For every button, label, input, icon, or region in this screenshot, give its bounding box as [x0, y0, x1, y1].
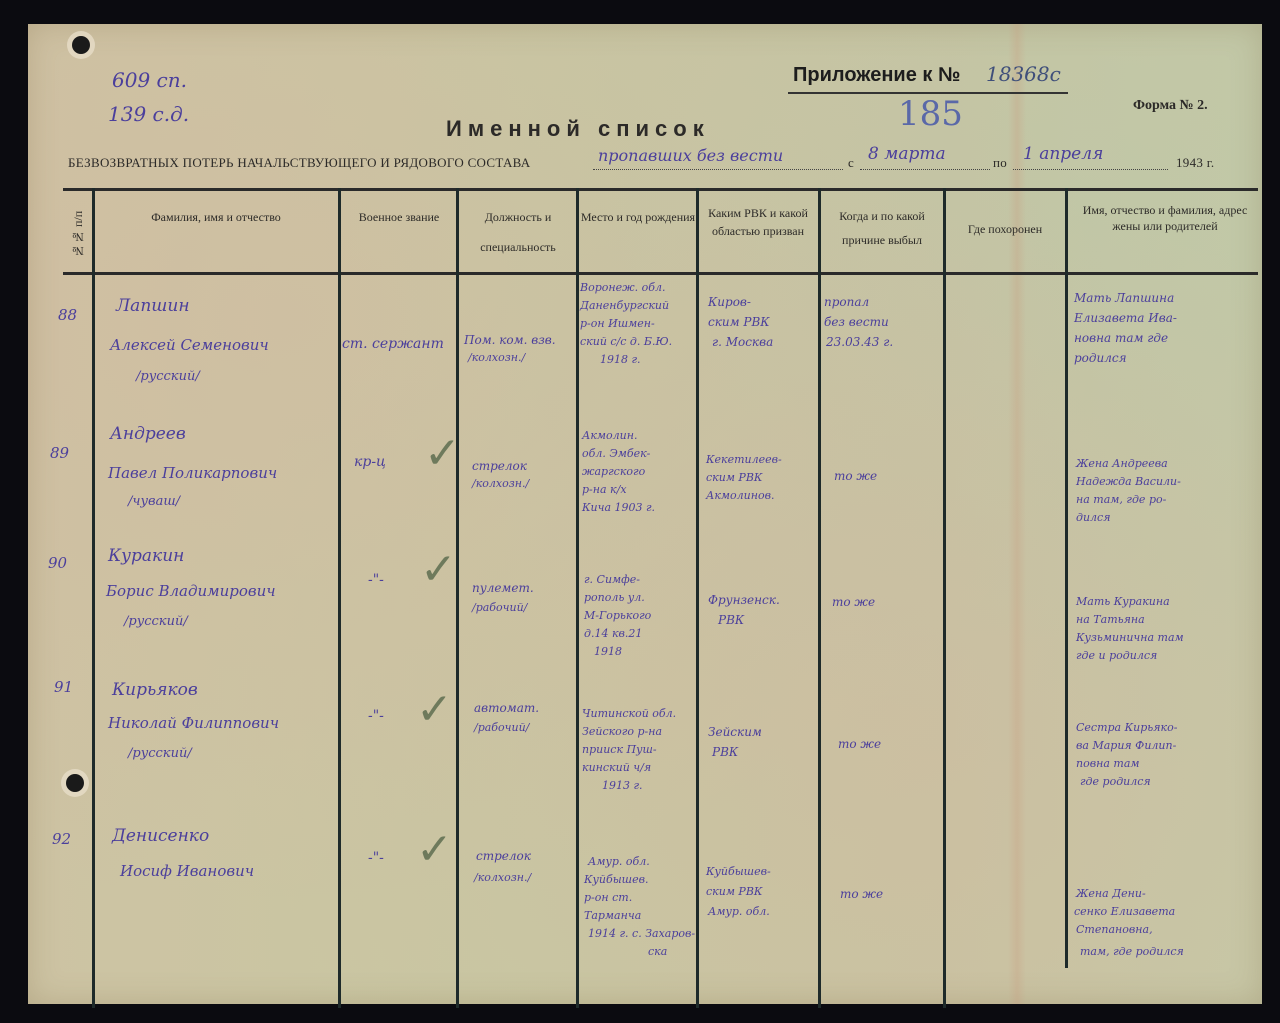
relative-line: Кузьминична там — [1076, 630, 1184, 646]
position: автомат. — [474, 700, 539, 716]
reason-line: то же — [840, 886, 883, 902]
reason-line: пропал — [824, 294, 869, 310]
birthplace-line: р-он ст. — [584, 890, 632, 906]
birthplace-line: р-на к/х — [582, 482, 627, 498]
rvk-line: РВК — [718, 612, 744, 628]
birthplace-line: 1914 г. с. Захаров- — [588, 926, 695, 942]
punch-hole — [72, 36, 90, 54]
check-mark-icon: ✓ — [424, 428, 461, 479]
row-number: 88 — [58, 306, 77, 324]
attachment-number: 18368с — [986, 62, 1061, 86]
social-status: /рабочий/ — [474, 720, 529, 736]
reason-line: 23.03.43 г. — [826, 334, 893, 350]
relative-line: где родился — [1080, 774, 1151, 790]
surname: Кирьяков — [112, 680, 198, 700]
relative-line: Жена Андреева — [1076, 456, 1168, 472]
rvk-line: ским РВК — [708, 314, 770, 330]
social-status: /колхозн./ — [468, 350, 525, 366]
birthplace-line: М-Горького — [584, 608, 651, 624]
check-mark-icon: ✓ — [416, 684, 453, 735]
header-loss-reason: Когда и по какой причине выбыл — [822, 204, 942, 252]
birthplace-line: Тарманча — [584, 908, 641, 924]
header-number: №№ п/п — [64, 199, 92, 269]
row-number: 89 — [50, 444, 69, 462]
relative-line: там, где родился — [1080, 944, 1184, 960]
position: стрелок — [476, 848, 531, 864]
position: Пом. ком. взв. — [464, 332, 556, 348]
relative-line: Мать Лапшина — [1074, 290, 1174, 306]
form-label: Форма № 2. — [1133, 98, 1208, 114]
rvk-line: ским РВК — [706, 884, 762, 900]
header-position: Должность и специальность — [460, 202, 576, 262]
attachment-stamp: Приложение к № — [793, 64, 960, 87]
rvk-line: Кекетилеев- — [706, 452, 782, 468]
birthplace-line: кинский ч/я — [582, 760, 651, 776]
rvk-line: Амур. обл. — [708, 904, 770, 920]
from-date: 8 марта — [868, 144, 946, 164]
relative-line: ва Мария Филип- — [1076, 738, 1176, 754]
nationality: /чуваш/ — [128, 494, 180, 509]
reason-line: то же — [832, 594, 875, 610]
surname: Куракин — [108, 546, 184, 566]
birthplace-line: прииск Пуш- — [582, 742, 657, 758]
rank: кр-ц — [354, 454, 386, 470]
position: стрелок — [472, 458, 527, 474]
given-name: Павел Поликарпович — [108, 464, 277, 482]
birthplace-line: р-он Ишмен- — [580, 316, 655, 332]
header-relatives: Имя, отчество и фамилия, адрес жены или … — [1070, 202, 1260, 234]
document-sheet: 609 сп. 139 с.д. Приложение к № 18368с 1… — [28, 24, 1262, 1004]
birthplace-line: Зейского р-на — [582, 724, 662, 740]
rvk-line: РВК — [712, 744, 738, 760]
document-title: Именной список — [446, 116, 710, 142]
given-name: Борис Владимирович — [106, 582, 276, 600]
relative-line: где и родился — [1076, 648, 1157, 664]
paper-fold — [1008, 24, 1026, 1004]
rvk-line: Фрунзенск. — [708, 592, 780, 608]
birthplace-line: Воронеж. обл. — [580, 280, 665, 296]
surname: Лапшин — [116, 296, 190, 316]
row-number: 92 — [52, 830, 71, 848]
nationality: /русский/ — [124, 614, 188, 629]
birthplace-line: рополь ул. — [584, 590, 645, 606]
rvk-line: Зейским — [708, 724, 762, 740]
social-status: /колхозн./ — [474, 870, 531, 886]
surname: Андреев — [110, 424, 186, 444]
margin-note-division: 139 с.д. — [108, 102, 189, 126]
given-name: Иосиф Иванович — [120, 862, 254, 880]
to-label: по — [993, 155, 1007, 171]
birthplace-line: Кича 1903 г. — [582, 500, 655, 516]
relative-line: Сестра Кирьяко- — [1076, 720, 1177, 736]
rank: -"- — [368, 708, 384, 724]
row-number: 91 — [54, 678, 73, 696]
check-mark-icon: ✓ — [416, 824, 453, 875]
rvk-line: Куйбышев- — [706, 864, 771, 880]
birthplace-line: г. Симфе- — [584, 572, 640, 588]
rank: -"- — [368, 572, 384, 588]
birthplace-line: Куйбышев. — [584, 872, 648, 888]
given-name: Алексей Семенович — [110, 336, 269, 354]
margin-note-regiment: 609 сп. — [112, 68, 187, 92]
birthplace-line: Читинской обл. — [582, 706, 676, 722]
rvk-line: ским РВК — [706, 470, 762, 486]
rvk-line: г. Москва — [712, 334, 773, 350]
from-label: с — [848, 155, 854, 171]
rank: ст. сержант — [342, 336, 444, 352]
relative-line: Надежда Васили- — [1076, 474, 1181, 490]
birthplace-line: ска — [648, 944, 667, 960]
document-subtitle: БЕЗВОЗВРАТНЫХ ПОТЕРЬ НАЧАЛЬСТВУЮЩЕГО И Р… — [68, 155, 531, 171]
relative-line: Степановна, — [1076, 922, 1153, 938]
row-number: 90 — [48, 554, 67, 572]
relative-line: Мать Куракина — [1076, 594, 1170, 610]
birthplace-line: 1918 г. — [600, 352, 641, 368]
year: 1943 г. — [1176, 155, 1214, 171]
relative-line: Жена Дени- — [1076, 886, 1146, 902]
reason-line: без вести — [824, 314, 889, 330]
header-birthplace: Место и год рождения — [580, 202, 696, 232]
punch-hole — [66, 774, 84, 792]
surname: Денисенко — [112, 826, 209, 846]
relative-line: Елизавета Ива- — [1074, 310, 1177, 326]
reason-line: то же — [838, 736, 881, 752]
nationality: /русский/ — [128, 746, 192, 761]
social-status: /колхозн./ — [472, 476, 529, 492]
nationality: /русский/ — [136, 369, 200, 384]
reason-line: то же — [834, 468, 877, 484]
relative-line: повна там — [1076, 756, 1140, 772]
relative-line: новна там где — [1074, 330, 1168, 346]
rvk-line: Акмолинов. — [706, 488, 775, 504]
birthplace-line: Акмолин. — [582, 428, 637, 444]
rank: -"- — [368, 850, 384, 866]
birthplace-line: жаргского — [582, 464, 645, 480]
header-conscription: Каким РВК и какой областью призван — [700, 204, 816, 240]
check-mark-icon: ✓ — [420, 544, 457, 595]
birthplace-line: ский с/с д. Б.Ю. — [580, 334, 672, 350]
position: пулемет. — [472, 580, 534, 596]
header-rank: Военное звание — [344, 202, 454, 232]
relative-line: на там, где ро- — [1076, 492, 1166, 508]
birthplace-line: Амур. обл. — [588, 854, 650, 870]
birthplace-line: 1913 г. — [602, 778, 643, 794]
birthplace-line: д.14 кв.21 — [584, 626, 642, 642]
relative-line: на Татьяна — [1076, 612, 1145, 628]
header-full-name: Фамилия, имя и отчество — [98, 202, 334, 232]
social-status: /рабочий/ — [472, 600, 527, 616]
sheet-number: 185 — [898, 94, 963, 134]
header-burial: Где похоронен — [946, 214, 1064, 244]
loss-type: пропавших без вести — [598, 146, 783, 165]
birthplace-line: Даненбургский — [580, 298, 669, 314]
relative-line: дился — [1076, 510, 1111, 526]
birthplace-line: обл. Эмбек- — [582, 446, 650, 462]
rvk-line: Киров- — [708, 294, 751, 310]
relative-line: сенко Елизавета — [1074, 904, 1175, 920]
birthplace-line: 1918 — [594, 644, 622, 660]
given-name: Николай Филиппович — [108, 714, 279, 732]
relative-line: родился — [1074, 350, 1127, 366]
to-date: 1 апреля — [1023, 144, 1103, 164]
